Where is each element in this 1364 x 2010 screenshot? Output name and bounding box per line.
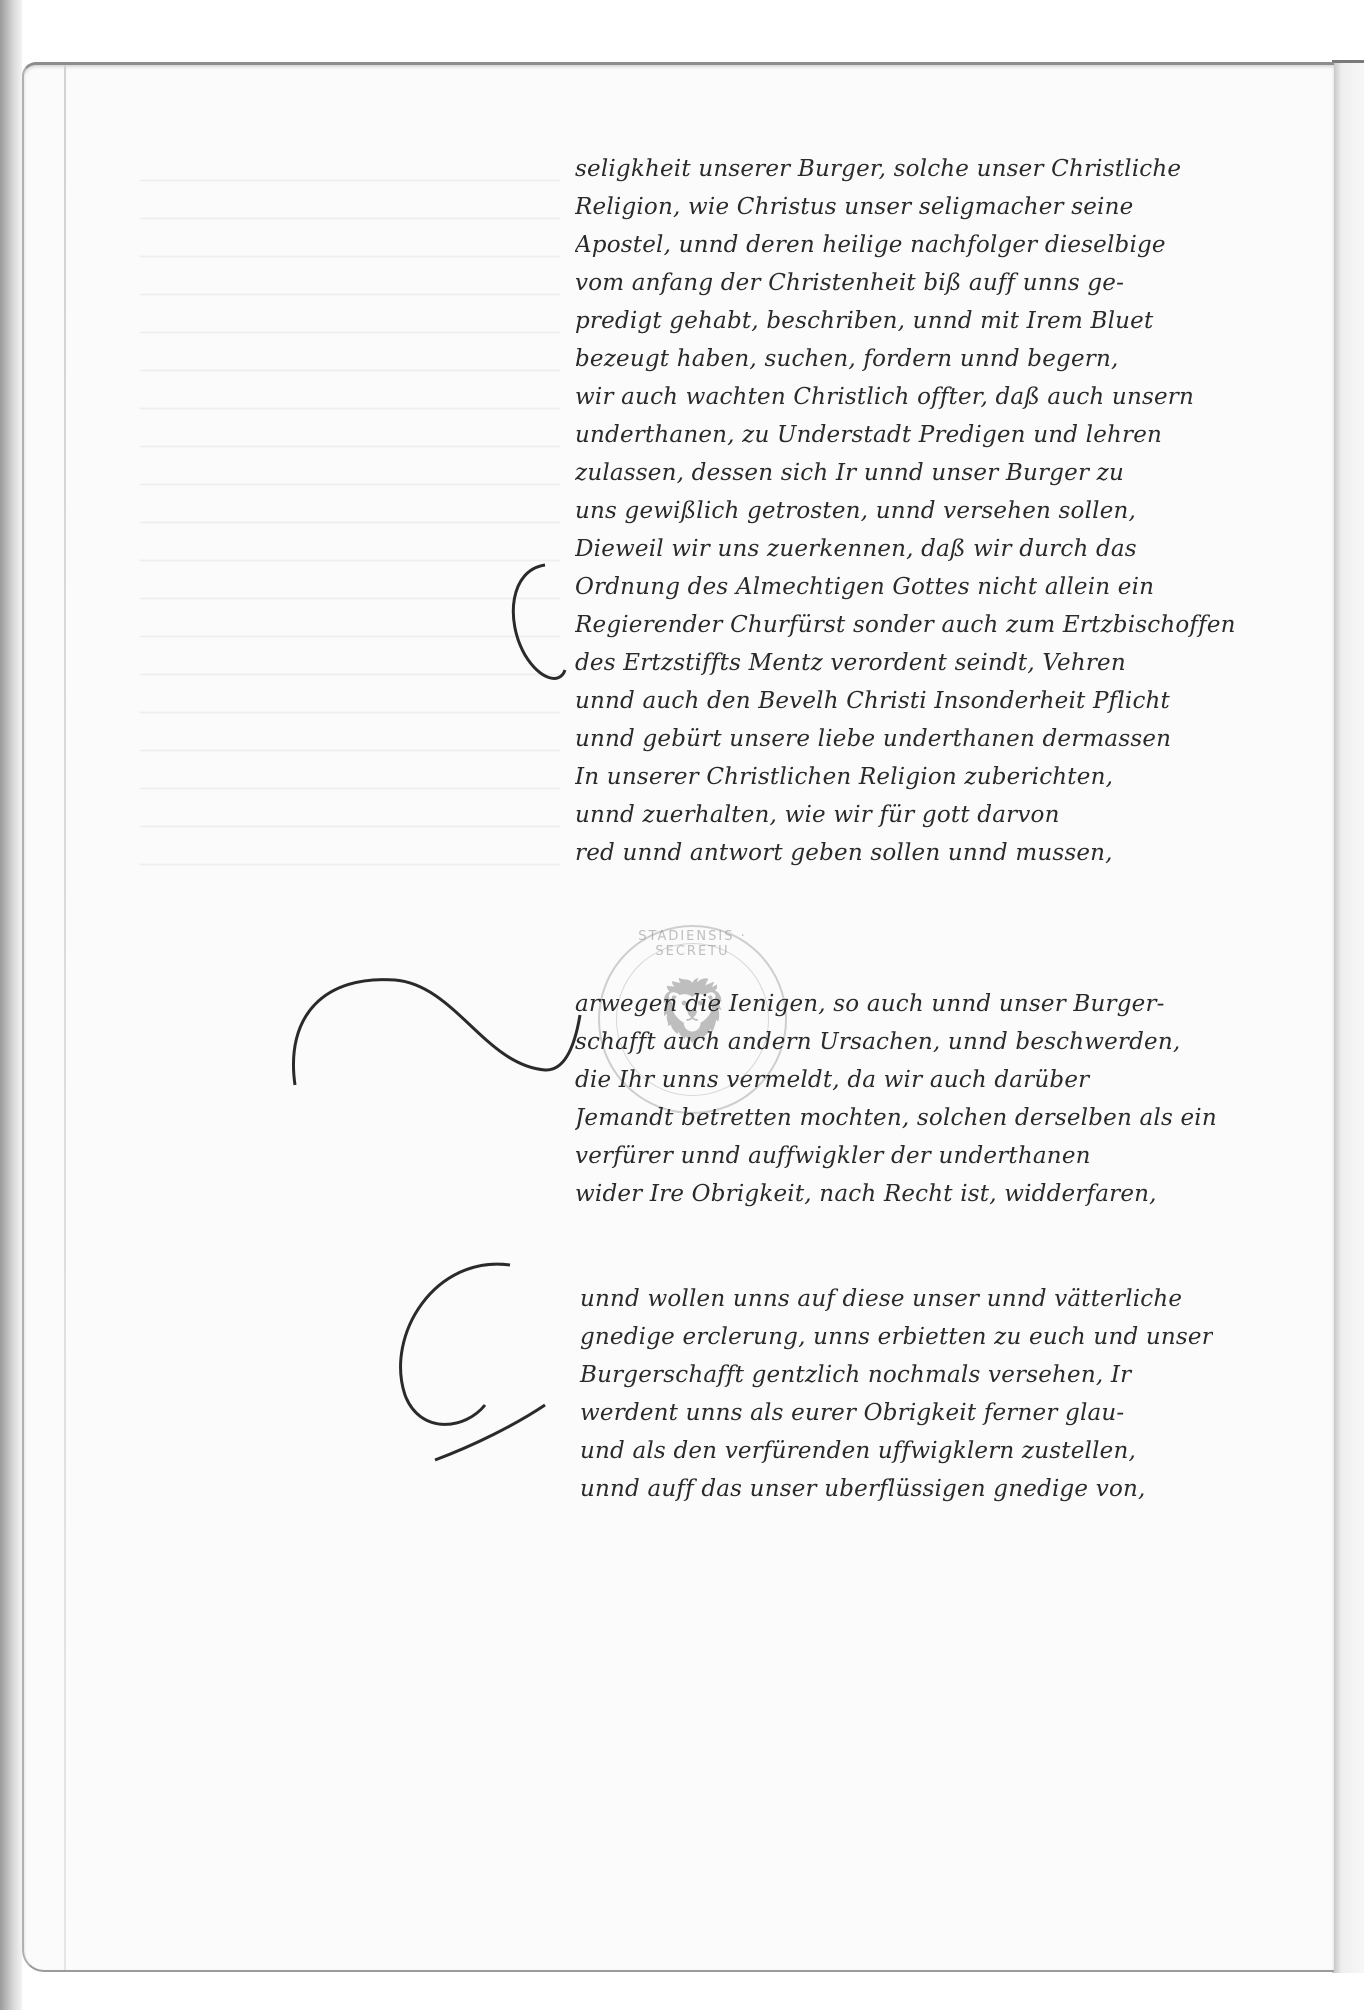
text-line: In unserer Christlichen Religion zuberic… xyxy=(575,758,1236,796)
text-line: unnd zuerhalten, wie wir für gott darvon xyxy=(575,796,1236,834)
text-line: unnd auch den Bevelh Christi Insonderhei… xyxy=(575,682,1236,720)
text-line: unnd gebürt unsere liebe underthanen der… xyxy=(575,720,1236,758)
paragraph-1: seligkheit unserer Burger, solche unser … xyxy=(575,150,1236,872)
text-line: wir auch wachten Christlich offter, daß … xyxy=(575,378,1236,416)
text-line: Jemandt betretten mochten, solchen derse… xyxy=(575,1099,1217,1137)
decorated-initial-d xyxy=(505,560,575,700)
text-line: predigt gehabt, beschriben, unnd mit Ire… xyxy=(575,302,1236,340)
text-line: underthanen, zu Understadt Predigen und … xyxy=(575,416,1236,454)
decorated-initial-flourish-2 xyxy=(285,975,585,1095)
text-line: Religion, wie Christus unser seligmacher… xyxy=(575,188,1236,226)
text-line: seligkheit unserer Burger, solche unser … xyxy=(575,150,1236,188)
text-line: gnedige erclerung, unns erbietten zu euc… xyxy=(510,1318,1213,1356)
text-line: des Ertzstiffts Mentz verordent seindt, … xyxy=(575,644,1236,682)
scan-shadow-left xyxy=(0,0,22,2010)
text-line: Apostel, unnd deren heilige nachfolger d… xyxy=(575,226,1236,264)
text-line: Dieweil wir uns zuerkennen, daß wir durc… xyxy=(575,530,1236,568)
bleed-through-text xyxy=(140,150,560,870)
text-line: und als den verfürenden uffwigklern zust… xyxy=(510,1432,1213,1470)
text-line: zulassen, dessen sich Ir unnd unser Burg… xyxy=(575,454,1236,492)
text-line: werdent unns als eurer Obrigkeit ferner … xyxy=(510,1394,1213,1432)
text-line: uns gewißlich getrosten, unnd versehen s… xyxy=(575,492,1236,530)
text-line: verfürer unnd auffwigkler der underthane… xyxy=(575,1137,1217,1175)
text-line: unnd auff das unser uberflüssigen gnedig… xyxy=(510,1470,1213,1508)
text-line: Regierender Churfürst sonder auch zum Er… xyxy=(575,606,1236,644)
text-line: schafft auch andern Ursachen, unnd besch… xyxy=(575,1023,1217,1061)
text-line: wider Ire Obrigkeit, nach Recht ist, wid… xyxy=(575,1175,1217,1213)
adjacent-page-edge xyxy=(1332,60,1364,1973)
paragraph-3: unnd wollen unns auf diese unser unnd vä… xyxy=(510,1280,1213,1508)
text-line: Ordnung des Almechtigen Gottes nicht all… xyxy=(575,568,1236,606)
text-line: red unnd antwort geben sollen unnd musse… xyxy=(575,834,1236,872)
text-line: vom anfang der Christenheit biß auff unn… xyxy=(575,264,1236,302)
text-line: bezeugt haben, suchen, fordern unnd bege… xyxy=(575,340,1236,378)
seal-legend: STADIENSIS · SECRETU xyxy=(600,929,785,959)
text-line: Burgerschafft gentzlich nochmals versehe… xyxy=(510,1356,1213,1394)
paragraph-2: arwegen die Ienigen, so auch unnd unser … xyxy=(575,985,1217,1213)
text-line: die Ihr unns vermeldt, da wir auch darüb… xyxy=(575,1061,1217,1099)
text-line: unnd wollen unns auf diese unser unnd vä… xyxy=(510,1280,1213,1318)
text-line: arwegen die Ienigen, so auch unnd unser … xyxy=(575,985,1217,1023)
